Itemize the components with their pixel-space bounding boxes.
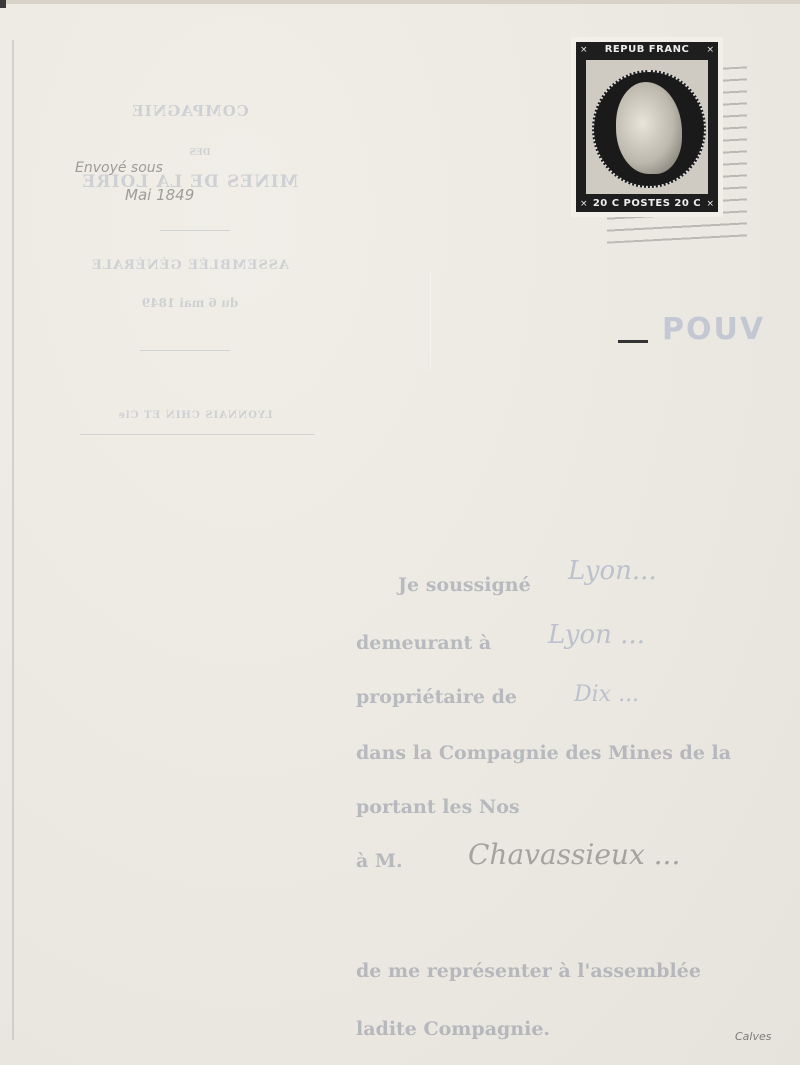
show-through-rule — [140, 350, 230, 351]
show-through-des: DES — [140, 148, 260, 158]
ceres-medallion — [592, 70, 706, 188]
body-line-to: à M. — [356, 850, 403, 872]
stamp-corner-x: × — [706, 42, 714, 58]
scan-corner — [0, 0, 6, 8]
show-through-date: du 6 mai 1849 — [110, 296, 270, 310]
paper-crease — [430, 270, 431, 370]
handwritten-quantity: Dix ... — [574, 682, 639, 707]
pencil-note-date: Mai 1849 — [125, 186, 194, 204]
postage-stamp: × REPUB FRANC × × 20 C POSTES 20 C × — [571, 37, 723, 217]
body-line-said-company: ladite Compagnie. — [356, 1018, 550, 1040]
body-line-owner: propriétaire de — [356, 686, 517, 708]
paper-fold-line — [12, 40, 14, 1040]
show-through-company: COMPAGNIE — [90, 102, 290, 120]
ceres-head-icon — [616, 82, 682, 174]
expert-signature-mark: Calves — [735, 1030, 772, 1043]
stamp-frame: × REPUB FRANC × × 20 C POSTES 20 C × — [576, 42, 718, 212]
pencil-note-sent: Envoyé sous — [75, 160, 163, 176]
document-title: POUV — [662, 312, 765, 347]
stamp-corner-x: × — [706, 196, 714, 212]
handwritten-place: Lyon ... — [548, 620, 645, 650]
show-through-printer: LYONNAIS CHIN ET Cie — [90, 410, 300, 421]
body-line-undersigned: Je soussigné — [398, 574, 531, 596]
ink-dash — [618, 340, 648, 343]
show-through-assembly: ASSEMBLÉE GÉNÉRALE — [70, 258, 310, 273]
body-line-represent: de me représenter à l'assemblée — [356, 960, 701, 982]
show-through-rule — [160, 230, 230, 231]
handwritten-name: Lyon... — [568, 556, 657, 586]
stamp-top-legend: REPUB FRANC — [576, 42, 718, 58]
body-line-residing: demeurant à — [356, 632, 491, 654]
stamp-field — [586, 60, 708, 194]
scan-top-edge — [0, 0, 800, 4]
handwritten-delegate: Chavassieux ... — [468, 838, 680, 871]
body-line-numbers: portant les Nos — [356, 796, 520, 818]
stamp-value-legend: 20 C POSTES 20 C — [576, 196, 718, 212]
body-line-company: dans la Compagnie des Mines de la — [356, 742, 731, 764]
show-through-rule — [80, 434, 315, 435]
